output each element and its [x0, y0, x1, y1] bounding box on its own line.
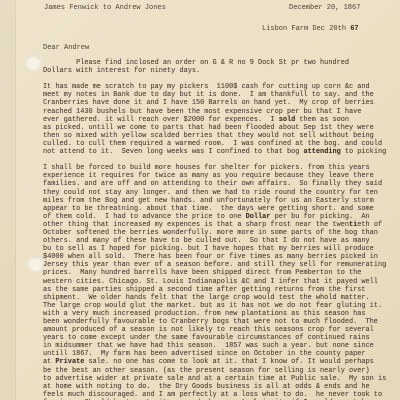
letter-line: feels much discouraged. and I am perfect… [43, 391, 398, 399]
punch-hole-top [26, 55, 41, 70]
letter-line: The large crop would glut the market. bu… [43, 302, 398, 310]
letter-line: as the same parties shipped a second tim… [43, 286, 398, 294]
punch-hole-bottom [28, 256, 43, 271]
letter-line: miles from the Bog and get new hands. an… [43, 197, 398, 205]
letter-line: reached 1430 bushels but have been the m… [43, 108, 398, 116]
letter-line: shipment. We older hands felt that the l… [43, 294, 398, 302]
letter-line: culled. to cull them required a warmed r… [43, 140, 398, 148]
letter-line: at Private sale. no one has come to look… [43, 358, 398, 366]
letter-line: Cranberries have done it and I have 150 … [43, 99, 398, 107]
letter-line: prices. Many hundred barrells have been … [43, 269, 398, 277]
letter-line: others. and many of these have to be cul… [43, 237, 398, 245]
letter-body: Please find inclosed an order on G & R n… [43, 59, 398, 400]
letter-line: amount produced of a season is not likel… [43, 326, 398, 334]
letter-page: James Fenwick to Andrew Jones December 2… [0, 0, 400, 400]
letter-line: be the best an other season. (as the pre… [43, 367, 398, 375]
letter-line: other thing that increased my expences i… [43, 221, 398, 229]
letter-line: with a very much increased production. f… [43, 310, 398, 318]
letter-line: they could not stay any longer. and then… [43, 189, 398, 197]
letter-line: Please find inclosed an order on G & R n… [43, 59, 398, 67]
letter-line: at home with noting to do. the Dry Goods… [43, 383, 398, 391]
letter-line: been wonderfully favourable to Cranberry… [43, 318, 398, 326]
letter-line: ever gathered. it will reach over $2000 … [43, 116, 398, 124]
page-left-edge [0, 0, 16, 400]
letter-line: appear to be threatning. about that time… [43, 205, 398, 213]
letter-line: families. and are off and on attending t… [43, 180, 398, 188]
letter-line: Dollars with interest for ninety days. [43, 67, 398, 75]
letter-line: to advertise wider at private sale and a… [43, 375, 398, 383]
salutation: Dear Andrew [43, 44, 89, 52]
letter-date: December 20, 1867 [289, 4, 360, 12]
letter-line [43, 156, 398, 164]
letter-line: of them cold. I had to advance the price… [43, 213, 398, 221]
letter-line: October softened the berries wonderfully… [43, 229, 398, 237]
archival-annotation: James Fenwick to Andrew Jones [44, 4, 166, 12]
letter-line: not attend to it. Seven long weeks was I… [43, 148, 398, 156]
letter-line: as picked. untill we come to parts that … [43, 124, 398, 132]
place-dateline: Lisbon Farm Dec 20th 67 [262, 25, 359, 33]
letter-line: western cities. Chicago. St. Louis India… [43, 278, 398, 286]
letter-line: then so mixed with yellow scalded berrie… [43, 132, 398, 140]
